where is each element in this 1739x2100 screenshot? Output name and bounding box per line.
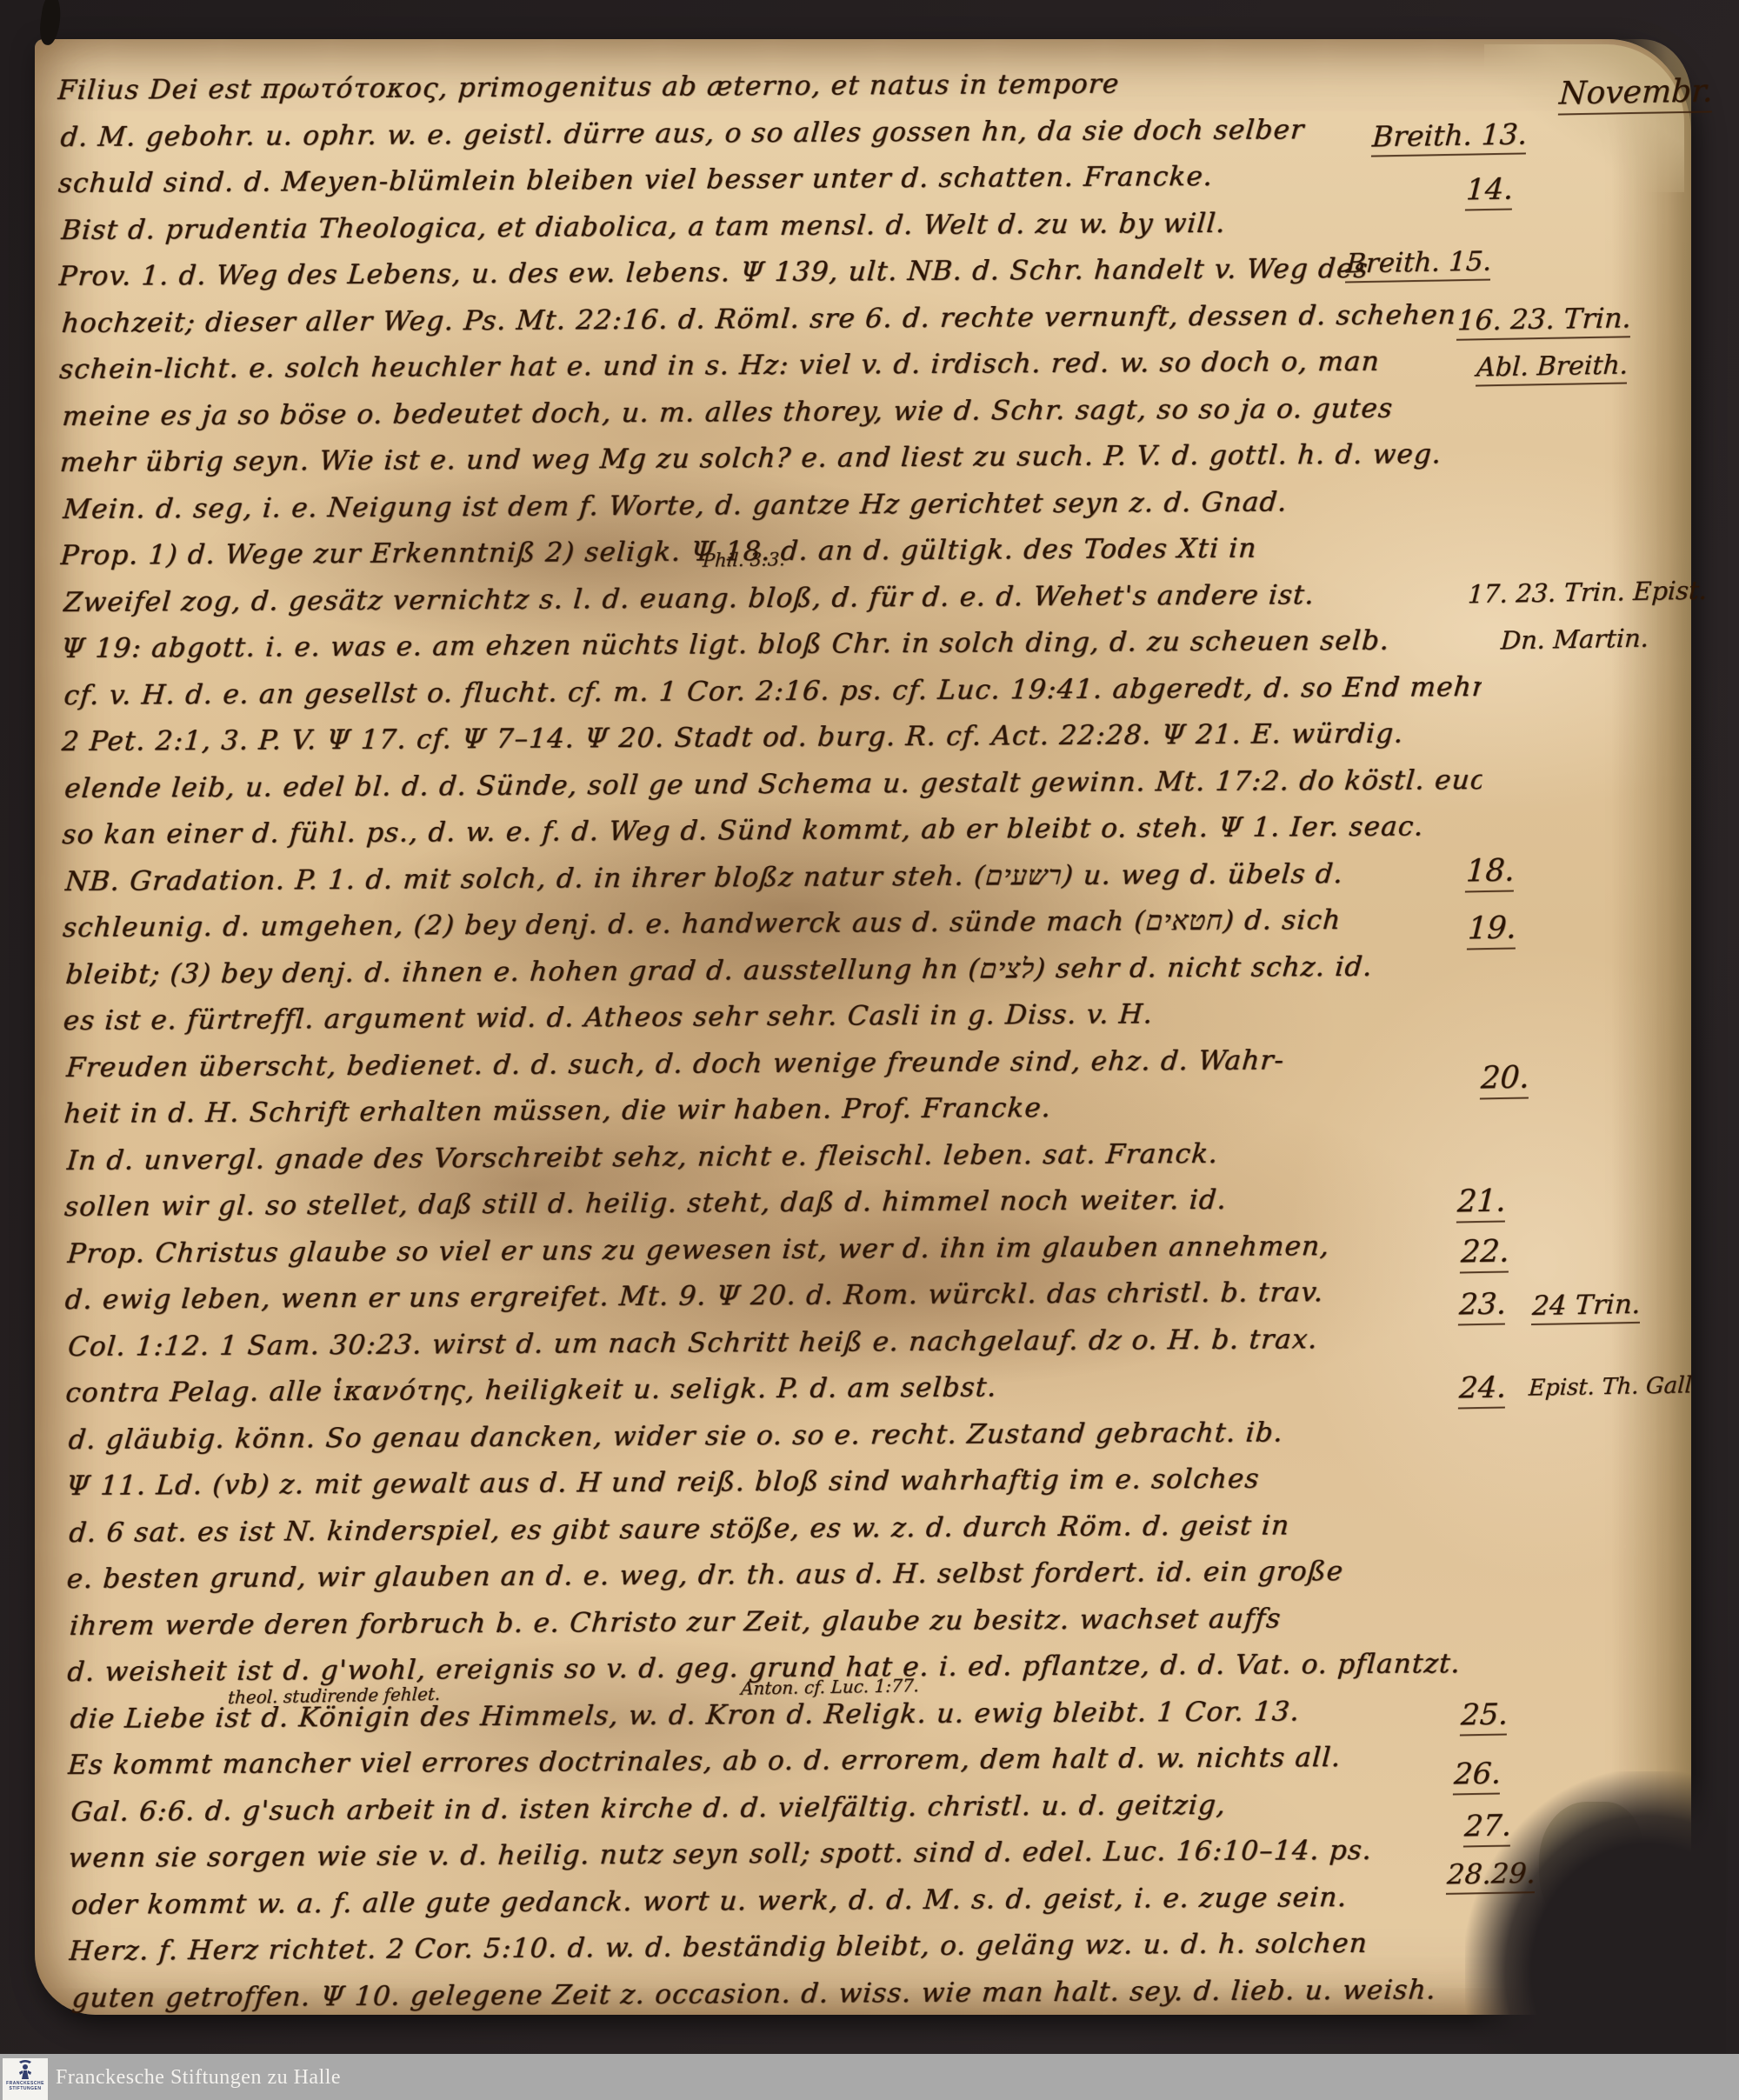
manuscript-line: meine es ja so böse o. bedeutet doch, u.…	[60, 385, 1481, 440]
manuscript-line: Ψ 19: abgott. i. e. was e. am ehzen nüch…	[60, 617, 1480, 672]
manuscript-line: Bist d. prudentia Theologica, et diaboli…	[59, 199, 1480, 254]
margin-date-note: 23.	[1458, 1287, 1507, 1326]
margin-date-note: Dn. Martin.	[1500, 623, 1649, 655]
interline-note: theol. studirende fehlet.	[227, 1683, 441, 1708]
manuscript-line: d. 6 sat. es ist N. kinderspiel, es gibt…	[67, 1501, 1488, 1556]
margin-date-note: 28.29.	[1446, 1857, 1536, 1895]
manuscript-line: schuld sind. d. Meyen-blümlein bleiben v…	[57, 152, 1476, 207]
manuscript-line: Filius Dei est πρωτότοκος, primogenitus …	[57, 59, 1476, 114]
margin-date-note: 24 Trin.	[1531, 1289, 1642, 1325]
margin-date-note: 20.	[1480, 1060, 1530, 1099]
institution-logo: FRANCKESCHE STIFTUNGEN	[3, 2058, 48, 2100]
manuscript-line: Herz. f. Herz richtet. 2 Cor. 5:10. d. w…	[68, 1920, 1488, 1975]
margin-date-note: 18.	[1465, 853, 1516, 892]
interline-note: Anton. cf. Luc. 1:77.	[740, 1675, 919, 1699]
manuscript-line: ihrem werde deren forbruch b. e. Christo…	[68, 1594, 1489, 1649]
viewer-footer: FRANCKESCHE STIFTUNGEN Franckesche Stift…	[0, 2054, 1739, 2100]
manuscript-line: elende leib, u. edel bl. d. d. Sünde, so…	[63, 757, 1483, 811]
manuscript-line: so kan einer d. fühl. ps., d. w. e. f. d…	[61, 803, 1481, 858]
manuscript-line: oder kommt w. a. f. alle gute gedanck. w…	[70, 1873, 1490, 1928]
manuscript-line: Zweifel zog, d. gesätz vernichtz s. l. d…	[62, 570, 1482, 625]
manuscript-line: Freuden überscht, bedienet. d. d. such, …	[64, 1036, 1485, 1090]
manuscript-line: contra Pelag. alle ἱκανότης, heiligkeit …	[64, 1362, 1484, 1417]
margin-date-note: Epist. Th. Gall	[1528, 1372, 1692, 1401]
francke-emblem-icon	[16, 2060, 35, 2081]
manuscript-line: guten getroffen. Ψ 10. gelegene Zeit z. …	[70, 1966, 1491, 2021]
manuscript-line: d. M. gebohr. u. ophr. w. e. geistl. dür…	[58, 106, 1479, 161]
margin-date-note: 14.	[1465, 172, 1514, 211]
margin-date-note: 17. 23. Trin. Epist.	[1467, 576, 1708, 610]
manuscript-line: Mein. d. seg, i. e. Neigung ist dem f. W…	[61, 478, 1482, 533]
interline-note: Phil. 3:3.	[702, 549, 785, 571]
torn-paper-flap	[1539, 1802, 1643, 1932]
manuscript-line: mehr übrig seyn. Wie ist e. und weg Mg z…	[58, 431, 1478, 486]
manuscript-line: es ist e. fürtreffl. argument wid. d. At…	[62, 990, 1482, 1044]
manuscript-page: Filius Dei est πρωτότοκος, primogenitus …	[35, 39, 1691, 2015]
manuscript-line: schleunig. d. umgehen, (2) bey denj. d. …	[61, 897, 1481, 951]
scan-viewer: Filius Dei est πρωτότοκος, primogenitus …	[0, 0, 1739, 2100]
manuscript-line: hochzeit; dieser aller Weg. Ps. Mt. 22:1…	[60, 292, 1481, 347]
margin-date-note: 19.	[1467, 910, 1517, 950]
margin-date-note: Breith. 15.	[1345, 246, 1492, 283]
manuscript-line: Col. 1:12. 1 Sam. 30:23. wirst d. um nac…	[66, 1315, 1487, 1370]
manuscript-line: sollen wir gl. so stellet, daß still d. …	[63, 1176, 1482, 1230]
margin-date-note: Abl. Breith.	[1476, 350, 1629, 386]
manuscript-line: Ψ 11. Ld. (vb) z. mit gewalt aus d. H un…	[64, 1455, 1484, 1510]
manuscript-line: d. gläubig. könn. So genau dancken, wide…	[67, 1408, 1488, 1463]
manuscript-line: schein-licht. e. solch heuchler hat e. u…	[58, 338, 1478, 393]
margin-date-note: 24.	[1458, 1370, 1507, 1410]
manuscript-line: bleibt; (3) bey denj. d. ihnen e. hohen …	[63, 943, 1484, 997]
manuscript-line: d. ewig leben, wenn er uns ergreifet. Mt…	[63, 1269, 1483, 1323]
margin-date-note: 22.	[1460, 1234, 1510, 1273]
margin-date-note: 16. 23. Trin.	[1456, 301, 1632, 341]
manuscript-line: heit in d. H. Schrift erhalten müssen, d…	[63, 1083, 1482, 1137]
margin-date-note: 27.	[1463, 1809, 1512, 1848]
footer-institution-title: Franckesche Stiftungen zu Halle	[56, 2054, 341, 2100]
manuscript-line: Prov. 1. d. Weg des Lebens, u. des ew. l…	[57, 245, 1477, 300]
manuscript-line: 2 Pet. 2:1, 3. P. V. Ψ 17. cf. Ψ 7–14. Ψ…	[60, 710, 1480, 765]
margin-date-note: 21.	[1456, 1183, 1507, 1223]
margin-date-note: 25.	[1460, 1697, 1509, 1737]
manuscript-line: NB. Gradation. P. 1. d. mit solch, d. in…	[63, 850, 1484, 904]
margin-date-note: Novembr.	[1558, 73, 1714, 115]
margin-date-note: Breith. 13.	[1371, 117, 1528, 157]
logo-text-line2: STIFTUNGEN	[10, 2086, 42, 2091]
manuscript-line: Gal. 6:6. d. g'such arbeit in d. isten k…	[69, 1780, 1489, 1835]
manuscript-line: In d. unvergl. gnade des Vorschreibt seh…	[65, 1129, 1486, 1183]
margin-date-note: 26.	[1453, 1757, 1502, 1796]
manuscript-line: wenn sie sorgen wie sie v. d. heilig. nu…	[67, 1827, 1487, 1882]
manuscript-line: e. besten grund, wir glauben an d. e. we…	[65, 1548, 1485, 1603]
manuscript-line: Es kommt mancher viel errores doctrinale…	[66, 1734, 1486, 1789]
manuscript-line: cf. v. H. d. e. an gesellst o. flucht. c…	[62, 663, 1482, 718]
manuscript-line: Prop. Christus glaube so viel er uns zu …	[65, 1222, 1486, 1277]
manuscript-text-block: Filius Dei est πρωτότοκος, primogenitus …	[57, 59, 1487, 2022]
